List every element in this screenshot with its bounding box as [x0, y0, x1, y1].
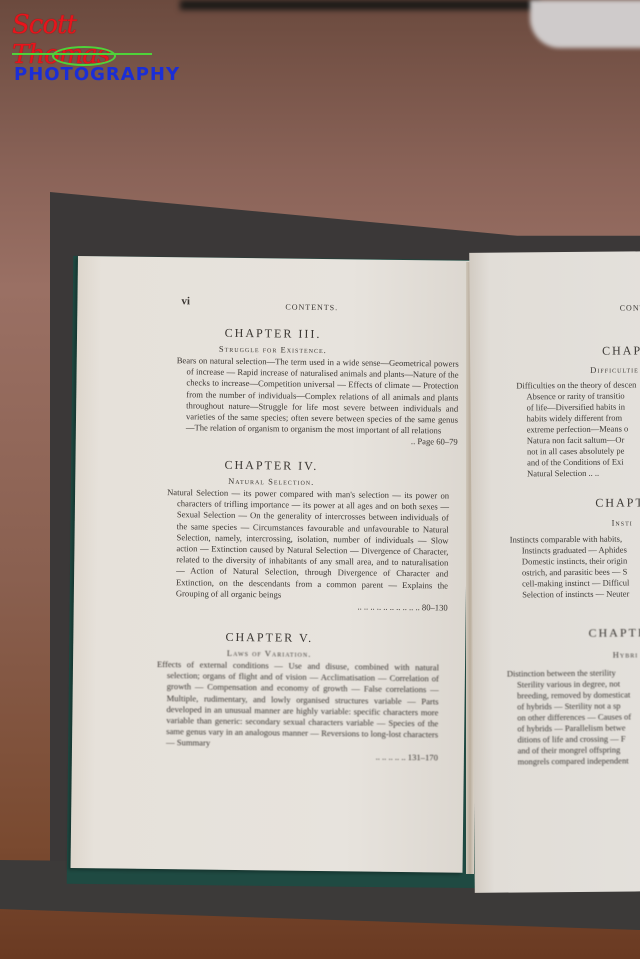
chapter-summary-line: mongrels compared independent — [518, 756, 629, 768]
chapter-subtitle: Difficultie — [590, 364, 639, 374]
background-object-white — [530, 0, 640, 48]
page-number: vi — [181, 295, 190, 307]
left-page: vi CONTENTS. CHAPTER III. Struggle for E… — [71, 256, 470, 873]
chapter-heading: CHAPTE — [588, 625, 640, 641]
chapter-summary-line: not in all cases absolutely pe — [527, 446, 625, 458]
watermark-flourish-icon — [52, 46, 116, 66]
chapter-heading: CHAPT — [595, 495, 640, 510]
chapter-summary-line: of hybrids — Sterility not a sp — [517, 701, 621, 713]
chapter-summary-line: extreme perfection—Means o — [527, 424, 629, 436]
chapter-heading: CHAPTER III. — [77, 324, 469, 344]
chapter-summary-line: and of the Conditions of Exi — [527, 457, 624, 469]
page-range: .. Page 60–79 — [186, 434, 458, 449]
chapter-summary-line: Sterility various in degree, not — [517, 679, 620, 691]
chapter-summary-line: Natural Selection .. .. — [527, 468, 599, 480]
chapter-summary: Natural Selection — its power compared w… — [166, 487, 449, 614]
chapter-summary-line: Absence or rarity of transitio — [526, 391, 624, 403]
chapter-summary: Bears on natural selection—The term used… — [176, 355, 459, 448]
chapter-heading: CHAPTER V. — [73, 628, 465, 648]
chapter-heading: CHAPT — [602, 343, 640, 358]
chapter-subtitle: Struggle for Existence. — [77, 342, 469, 357]
watermark-word: PHOTOGRAPHY — [14, 64, 180, 85]
right-page: CONT CHAPT Difficultie Difficulties on t… — [469, 251, 640, 893]
chapter-summary-line: Selection of instincts — Neuter — [522, 589, 629, 601]
page-range: .. .. .. .. .. .. .. .. .. .. 80–130 — [176, 599, 448, 614]
chapter-subtitle: Natural Selection. — [75, 474, 467, 489]
chapter-summary-line: Instincts graduated — Aphides — [522, 545, 627, 557]
chapter-subtitle: Insti — [612, 517, 633, 527]
chapter-summary: Effects of external conditions — Use and… — [156, 659, 439, 763]
background-object-dark — [180, 0, 540, 10]
watermark-logo: Scott Thomas PHOTOGRAPHY — [8, 10, 158, 90]
running-head: CONTENTS. — [285, 303, 338, 313]
chapter-subtitle: Hybri — [613, 649, 639, 659]
chapter-heading: CHAPTER IV. — [75, 456, 467, 476]
running-head: CONT — [620, 303, 640, 312]
chapter-summary-line: Natura non facit saltum—Or — [527, 435, 625, 447]
chapter-summary-line: Domestic instincts, their origin — [522, 556, 627, 568]
chapter-summary-line: ostrich, and parasitic bees — S — [522, 567, 627, 579]
page-range: .. .. .. .. .. 131–170 — [166, 749, 438, 764]
chapter-summary-line: and of their mongrel offspring — [518, 745, 621, 757]
chapter-summary-line: of life—Diversified habits in — [527, 402, 626, 414]
chapter-subtitle: Laws of Variation. — [73, 646, 465, 661]
chapter-summary-line: habits widely different from — [527, 413, 623, 425]
